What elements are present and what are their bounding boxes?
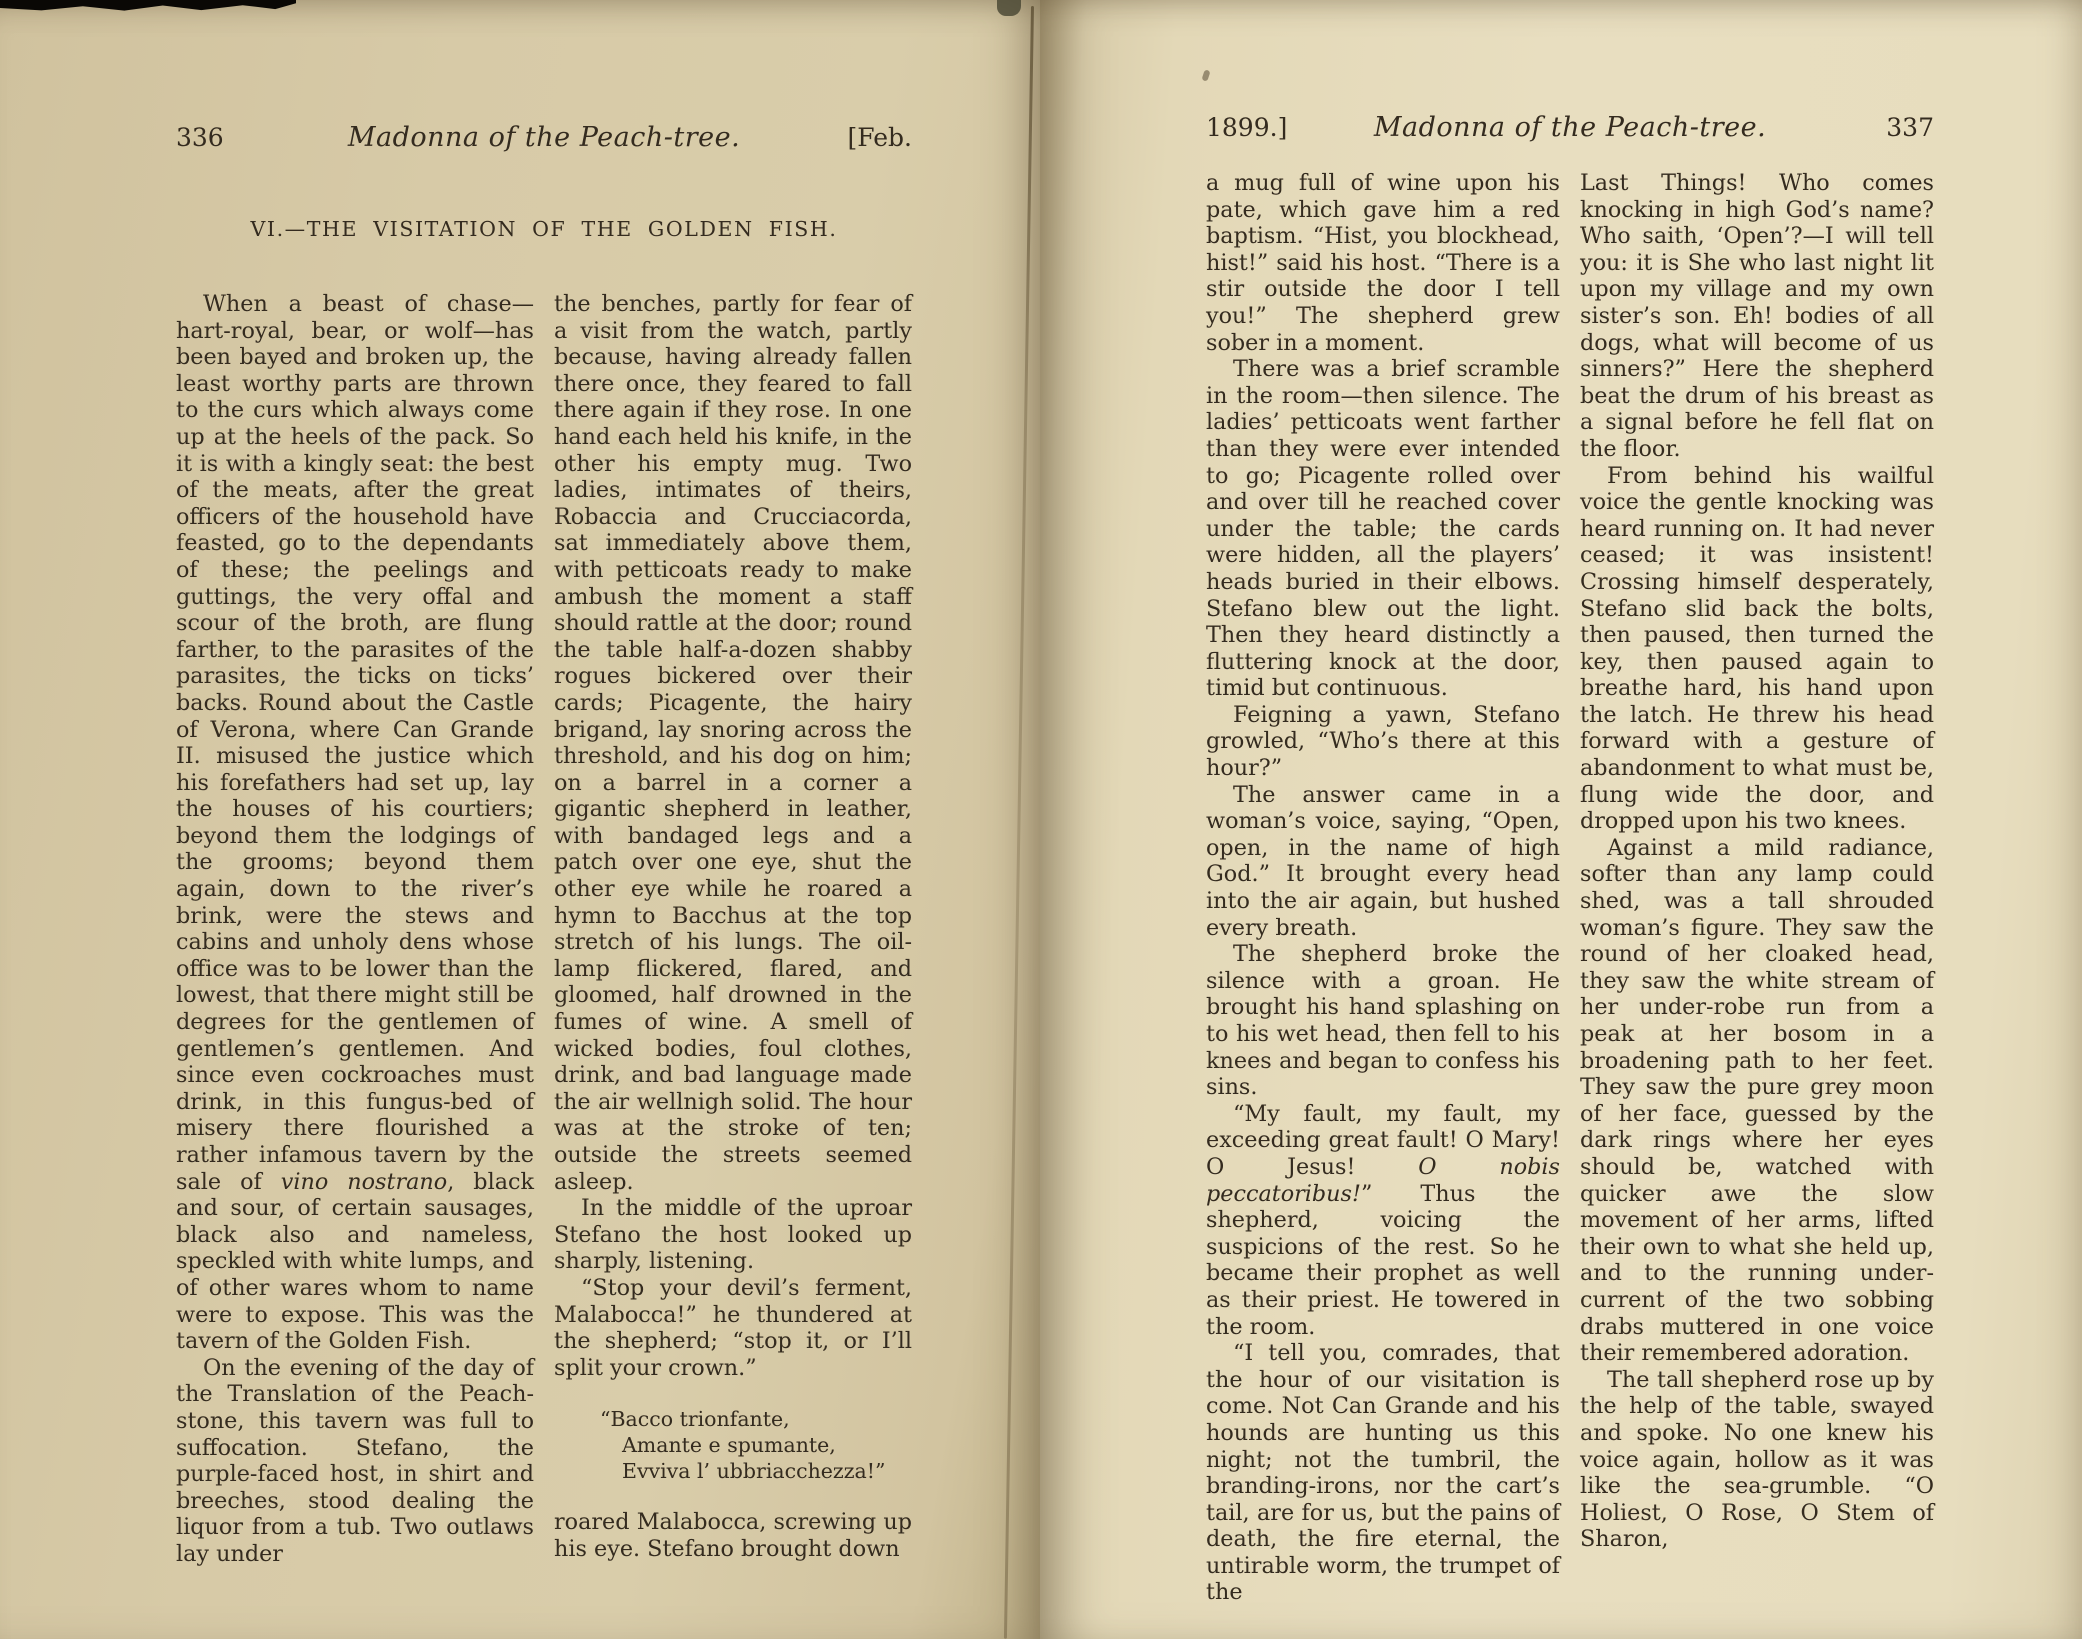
verse-line: “Bacco trionfante,	[600, 1406, 912, 1432]
text-column: a mug full of wine upon his pate, which …	[1206, 170, 1560, 1606]
paragraph: The shepherd broke the silence with a gr…	[1206, 941, 1560, 1101]
text-run: The answer came in a woman’s voice, sayi…	[1206, 782, 1560, 941]
year-mark: 1899.]	[1206, 113, 1287, 142]
paragraph: From behind his wailful voice the gentle…	[1580, 463, 1934, 835]
page-337: 1899.] Madonna of the Peach-tree. 337 a …	[1040, 0, 2082, 1639]
text-run: “Stop your devil’s ferment, Malabocca!” …	[554, 1275, 912, 1381]
paragraph: There was a brief scramble in the room—t…	[1206, 356, 1560, 702]
text-run: a mug full of wine upon his pate, which …	[1206, 170, 1560, 356]
text-columns-right-page: a mug full of wine upon his pate, which …	[1206, 170, 1934, 1606]
text-run: roared Malabocca, screwing up his eye. S…	[554, 1509, 912, 1562]
paragraph: Against a mild radiance, softer than any…	[1580, 835, 1934, 1367]
verse-line: Evviva l’ ubbriacchezza!”	[622, 1458, 912, 1484]
text-run: “I tell you, comrades, that the hour of …	[1206, 1340, 1560, 1605]
paragraph: Last Things! Who comes knocking in high …	[1580, 170, 1934, 463]
paragraph: The tall shepherd rose up by the help of…	[1580, 1367, 1934, 1553]
text-run: When a beast of chase—hart-royal, bear, …	[176, 291, 534, 1195]
paragraph: “My fault, my fault, my exceeding great …	[1206, 1101, 1560, 1340]
text-run: There was a brief scramble in the room—t…	[1206, 356, 1560, 701]
verse-line: Amante e spumante,	[622, 1432, 912, 1458]
text-columns-left-page: When a beast of chase—hart-royal, bear, …	[176, 291, 912, 1568]
text-run: The tall shepherd rose up by the help of…	[1580, 1367, 1934, 1553]
paragraph: roared Malabocca, screwing up his eye. S…	[554, 1509, 912, 1562]
text-run: On the evening of the day of the Transla…	[176, 1355, 534, 1567]
text-run: vino nostrano	[281, 1169, 447, 1195]
text-run: The shepherd broke the silence with a gr…	[1206, 941, 1560, 1100]
text-column: the benches, partly for fear of a visit …	[554, 291, 912, 1568]
paragraph: Feigning a yawn, Stefano growled, “Who’s…	[1206, 702, 1560, 782]
text-run: Feigning a yawn, Stefano growled, “Who’s…	[1206, 702, 1560, 781]
issue-date-mark: [Feb.	[848, 123, 912, 152]
text-run: Last Things! Who comes knocking in high …	[1580, 170, 1934, 462]
text-run: From behind his wailful voice the gentle…	[1580, 463, 1934, 835]
paragraph: When a beast of chase—hart-royal, bear, …	[176, 291, 534, 1355]
paragraph: In the middle of the uproar Stefano the …	[554, 1195, 912, 1275]
book-scan: 336 Madonna of the Peach-tree. [Feb. VI.…	[0, 0, 2082, 1639]
text-column: Last Things! Who comes knocking in high …	[1580, 170, 1934, 1606]
gutter-top-artifact	[997, 0, 1021, 16]
page-header-right: 1899.] Madonna of the Peach-tree. 337	[1206, 112, 1934, 143]
page-number: 336	[176, 123, 224, 152]
text-run: Against a mild radiance, softer than any…	[1580, 835, 1934, 1366]
running-title: Madonna of the Peach-tree.	[348, 122, 740, 153]
verse-quote: “Bacco trionfante,Amante e spumante,Evvi…	[600, 1406, 912, 1484]
text-column: When a beast of chase—hart-royal, bear, …	[176, 291, 534, 1568]
paragraph: “I tell you, comrades, that the hour of …	[1206, 1340, 1560, 1606]
paragraph: “Stop your devil’s ferment, Malabocca!” …	[554, 1275, 912, 1381]
paragraph: On the evening of the day of the Transla…	[176, 1355, 534, 1568]
paragraph: The answer came in a woman’s voice, sayi…	[1206, 782, 1560, 942]
text-run: In the middle of the uproar Stefano the …	[554, 1195, 912, 1274]
page-number: 337	[1886, 113, 1934, 142]
running-title: Madonna of the Peach-tree.	[1374, 112, 1766, 143]
page-336: 336 Madonna of the Peach-tree. [Feb. VI.…	[0, 0, 1040, 1639]
page-header-left: 336 Madonna of the Peach-tree. [Feb.	[176, 122, 912, 153]
section-heading: VI.—THE VISITATION OF THE GOLDEN FISH.	[176, 217, 912, 241]
paragraph: a mug full of wine upon his pate, which …	[1206, 170, 1560, 356]
text-run: the benches, partly for fear of a visit …	[554, 291, 912, 1195]
paragraph: the benches, partly for fear of a visit …	[554, 291, 912, 1195]
text-run: , black and sour, of certain sausages, b…	[176, 1169, 534, 1355]
